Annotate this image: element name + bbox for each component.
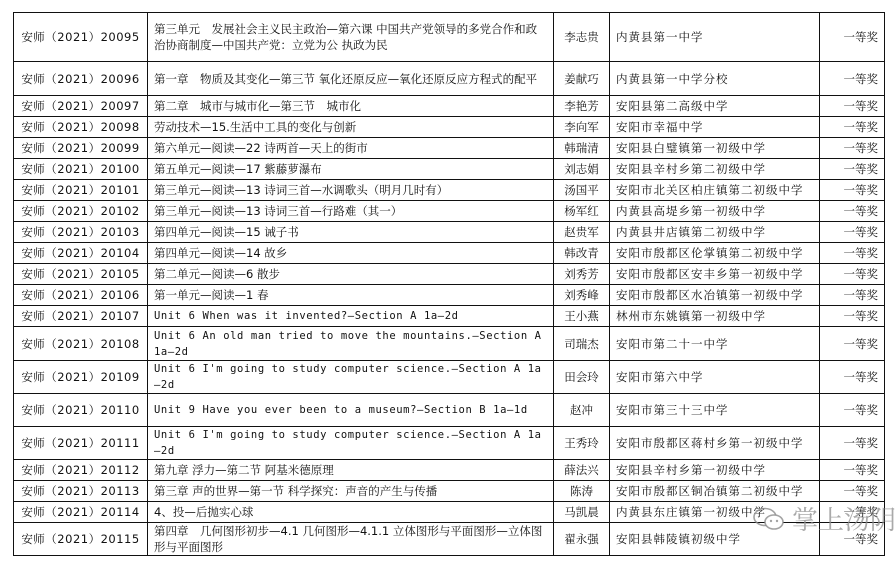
cert-id-cell: 安师（2021）20103 [14,222,148,243]
cert-id-cell: 安师（2021）20112 [14,460,148,481]
lesson-title-cell: 第三章 声的世界—第一节 科学探究：声音的产生与传播 [148,481,554,502]
award-cell: 一等奖 [820,523,885,556]
school-cell: 安阳市殷都区蒋村乡第一初级中学 [610,427,820,460]
teacher-name-cell: 赵贵军 [554,222,610,243]
lesson-title-cell: 第三单元—阅读—13 诗词三首—水调歌头（明月几时有） [148,180,554,201]
award-cell: 一等奖 [820,138,885,159]
teacher-name-cell: 刘志娟 [554,159,610,180]
award-cell: 一等奖 [820,13,885,62]
cert-id-cell: 安师（2021）20095 [14,13,148,62]
table-row: 安师（2021）20098劳动技术—15.生活中工具的变化与创新李向军安阳市幸福… [14,117,885,138]
cert-id-cell: 安师（2021）20104 [14,243,148,264]
school-cell: 安阳市殷都区安丰乡第一初级中学 [610,264,820,285]
lesson-title-cell: 第五单元—阅读—17 紫藤萝瀑布 [148,159,554,180]
lesson-title-cell: 第二单元—阅读—6 散步 [148,264,554,285]
award-cell: 一等奖 [820,361,885,394]
school-cell: 安阳市幸福中学 [610,117,820,138]
school-cell: 内黄县第一中学 [610,13,820,62]
teacher-name-cell: 杨军红 [554,201,610,222]
school-cell: 内黄县第一中学分校 [610,62,820,96]
cert-id-cell: 安师（2021）20097 [14,96,148,117]
table-row: 安师（2021）20109Unit 6 I'm going to study c… [14,361,885,394]
school-cell: 内黄县井店镇第二初级中学 [610,222,820,243]
table-row: 安师（2021）20115第四章 几何图形初步—4.1 几何图形—4.1.1 立… [14,523,885,556]
school-cell: 安阳市北关区柏庄镇第二初级中学 [610,180,820,201]
school-cell: 内黄县高堤乡第一初级中学 [610,201,820,222]
lesson-title-cell: Unit 9 Have you ever been to a museum?—S… [148,394,554,427]
table-row: 安师（2021）20103第四单元—阅读—15 诫子书赵贵军内黄县井店镇第二初级… [14,222,885,243]
lesson-title-cell: 第一章 物质及其变化—第三节 氧化还原反应—氧化还原反应方程式的配平 [148,62,554,96]
school-cell: 安阳市第三十三中学 [610,394,820,427]
table-row: 安师（2021）20111Unit 6 I'm going to study c… [14,427,885,460]
lesson-title-cell: Unit 6 I'm going to study computer scien… [148,361,554,394]
award-cell: 一等奖 [820,243,885,264]
table-row: 安师（2021）20096第一章 物质及其变化—第三节 氧化还原反应—氧化还原反… [14,62,885,96]
lesson-title-cell: 第四单元—阅读—14 故乡 [148,243,554,264]
school-cell: 安阳市殷都区铜冶镇第二初级中学 [610,481,820,502]
cert-id-cell: 安师（2021）20109 [14,361,148,394]
lesson-title-cell: 第六单元—阅读—22 诗两首—天上的街市 [148,138,554,159]
table-row: 安师（2021）20097第二章 城市与城市化—第三节 城市化李艳芳安阳县第二高… [14,96,885,117]
cert-id-cell: 安师（2021）20105 [14,264,148,285]
teacher-name-cell: 王秀玲 [554,427,610,460]
teacher-name-cell: 司瑞杰 [554,327,610,361]
teacher-name-cell: 王小燕 [554,306,610,327]
cert-id-cell: 安师（2021）20096 [14,62,148,96]
lesson-title-cell: Unit 6 An old man tried to move the moun… [148,327,554,361]
table-row: 安师（2021）20101第三单元—阅读—13 诗词三首—水调歌头（明月几时有）… [14,180,885,201]
table-row: 安师（2021）20100第五单元—阅读—17 紫藤萝瀑布刘志娟安阳县辛村乡第二… [14,159,885,180]
award-cell: 一等奖 [820,222,885,243]
table-row: 安师（2021）20108Unit 6 An old man tried to … [14,327,885,361]
lesson-title-cell: 第四单元—阅读—15 诫子书 [148,222,554,243]
cert-id-cell: 安师（2021）20106 [14,285,148,306]
school-cell: 安阳县白璧镇第一初级中学 [610,138,820,159]
school-cell: 安阳县韩陵镇初级中学 [610,523,820,556]
teacher-name-cell: 李志贵 [554,13,610,62]
award-cell: 一等奖 [820,201,885,222]
awards-table-body: 安师（2021）20095第三单元 发展社会主义民主政治—第六课 中国共产党领导… [14,13,885,556]
lesson-title-cell: 第二章 城市与城市化—第三节 城市化 [148,96,554,117]
award-cell: 一等奖 [820,327,885,361]
cert-id-cell: 安师（2021）20108 [14,327,148,361]
teacher-name-cell: 翟永强 [554,523,610,556]
cert-id-cell: 安师（2021）20115 [14,523,148,556]
cert-id-cell: 安师（2021）20102 [14,201,148,222]
teacher-name-cell: 韩改青 [554,243,610,264]
award-cell: 一等奖 [820,460,885,481]
lesson-title-cell: 第三单元—阅读—13 诗词三首—行路难（其一） [148,201,554,222]
cert-id-cell: 安师（2021）20099 [14,138,148,159]
award-cell: 一等奖 [820,117,885,138]
school-cell: 安阳县第二高级中学 [610,96,820,117]
lesson-title-cell: Unit 6 When was it invented?—Section A 1… [148,306,554,327]
teacher-name-cell: 刘秀芳 [554,264,610,285]
table-row: 安师（2021）20110Unit 9 Have you ever been t… [14,394,885,427]
teacher-name-cell: 薛法兴 [554,460,610,481]
table-row: 安师（2021）20102第三单元—阅读—13 诗词三首—行路难（其一）杨军红内… [14,201,885,222]
teacher-name-cell: 汤国平 [554,180,610,201]
award-cell: 一等奖 [820,62,885,96]
award-cell: 一等奖 [820,502,885,523]
school-cell: 安阳市殷都区伦掌镇第二初级中学 [610,243,820,264]
teacher-name-cell: 李艳芳 [554,96,610,117]
award-cell: 一等奖 [820,306,885,327]
award-cell: 一等奖 [820,481,885,502]
school-cell: 安阳市殷都区水冶镇第一初级中学 [610,285,820,306]
cert-id-cell: 安师（2021）20098 [14,117,148,138]
teacher-name-cell: 韩瑞清 [554,138,610,159]
school-cell: 安阳县辛村乡第一初级中学 [610,460,820,481]
teacher-name-cell: 马凯晨 [554,502,610,523]
award-cell: 一等奖 [820,264,885,285]
teacher-name-cell: 陈涛 [554,481,610,502]
teacher-name-cell: 赵冲 [554,394,610,427]
teacher-name-cell: 刘秀峰 [554,285,610,306]
school-cell: 内黄县东庄镇第一初级中学 [610,502,820,523]
table-row: 安师（2021）20107Unit 6 When was it invented… [14,306,885,327]
award-cell: 一等奖 [820,427,885,460]
cert-id-cell: 安师（2021）20101 [14,180,148,201]
cert-id-cell: 安师（2021）20110 [14,394,148,427]
awards-table: 安师（2021）20095第三单元 发展社会主义民主政治—第六课 中国共产党领导… [13,12,885,556]
lesson-title-cell: 第四章 几何图形初步—4.1 几何图形—4.1.1 立体图形与平面图形—立体图形… [148,523,554,556]
teacher-name-cell: 姜献巧 [554,62,610,96]
award-cell: 一等奖 [820,180,885,201]
school-cell: 安阳市第二十一中学 [610,327,820,361]
cert-id-cell: 安师（2021）20100 [14,159,148,180]
lesson-title-cell: 4、投—后抛实心球 [148,502,554,523]
teacher-name-cell: 李向军 [554,117,610,138]
cert-id-cell: 安师（2021）20113 [14,481,148,502]
school-cell: 安阳市第六中学 [610,361,820,394]
cert-id-cell: 安师（2021）20111 [14,427,148,460]
table-row: 安师（2021）20106第一单元—阅读—1 春刘秀峰安阳市殷都区水冶镇第一初级… [14,285,885,306]
award-cell: 一等奖 [820,394,885,427]
table-row: 安师（2021）20104第四单元—阅读—14 故乡韩改青安阳市殷都区伦掌镇第二… [14,243,885,264]
award-cell: 一等奖 [820,96,885,117]
teacher-name-cell: 田会玲 [554,361,610,394]
table-row: 安师（2021）20095第三单元 发展社会主义民主政治—第六课 中国共产党领导… [14,13,885,62]
school-cell: 安阳县辛村乡第二初级中学 [610,159,820,180]
lesson-title-cell: 第九章 浮力—第二节 阿基米德原理 [148,460,554,481]
table-row: 安师（2021）20113第三章 声的世界—第一节 科学探究：声音的产生与传播陈… [14,481,885,502]
award-cell: 一等奖 [820,285,885,306]
lesson-title-cell: 劳动技术—15.生活中工具的变化与创新 [148,117,554,138]
lesson-title-cell: Unit 6 I'm going to study computer scien… [148,427,554,460]
table-row: 安师（2021）20105第二单元—阅读—6 散步刘秀芳安阳市殷都区安丰乡第一初… [14,264,885,285]
award-cell: 一等奖 [820,159,885,180]
lesson-title-cell: 第三单元 发展社会主义民主政治—第六课 中国共产党领导的多党合作和政治协商制度—… [148,13,554,62]
cert-id-cell: 安师（2021）20114 [14,502,148,523]
lesson-title-cell: 第一单元—阅读—1 春 [148,285,554,306]
cert-id-cell: 安师（2021）20107 [14,306,148,327]
school-cell: 林州市东姚镇第一初级中学 [610,306,820,327]
table-row: 安师（2021）20099第六单元—阅读—22 诗两首—天上的街市韩瑞清安阳县白… [14,138,885,159]
table-row: 安师（2021）20112第九章 浮力—第二节 阿基米德原理薛法兴安阳县辛村乡第… [14,460,885,481]
table-row: 安师（2021）201144、投—后抛实心球马凯晨内黄县东庄镇第一初级中学一等奖 [14,502,885,523]
